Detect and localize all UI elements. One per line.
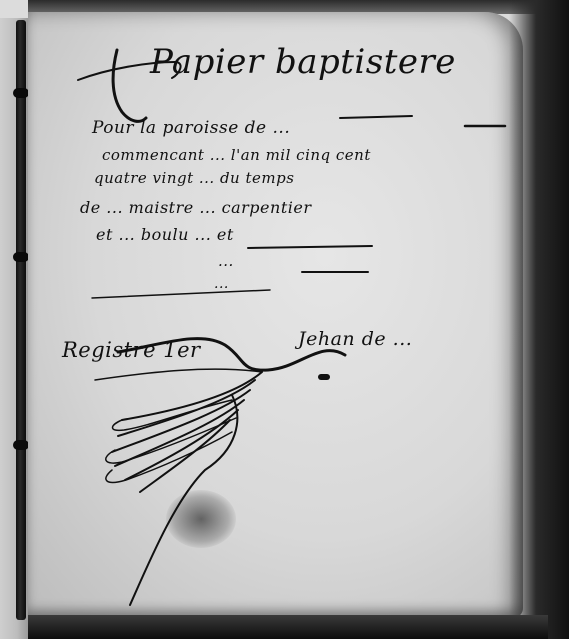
photo-scene: Papier baptistere Pour la paroisse de ..… [0, 0, 569, 639]
ink-strokes [0, 0, 569, 639]
handwriting-layer: Papier baptistere Pour la paroisse de ..… [0, 0, 569, 639]
